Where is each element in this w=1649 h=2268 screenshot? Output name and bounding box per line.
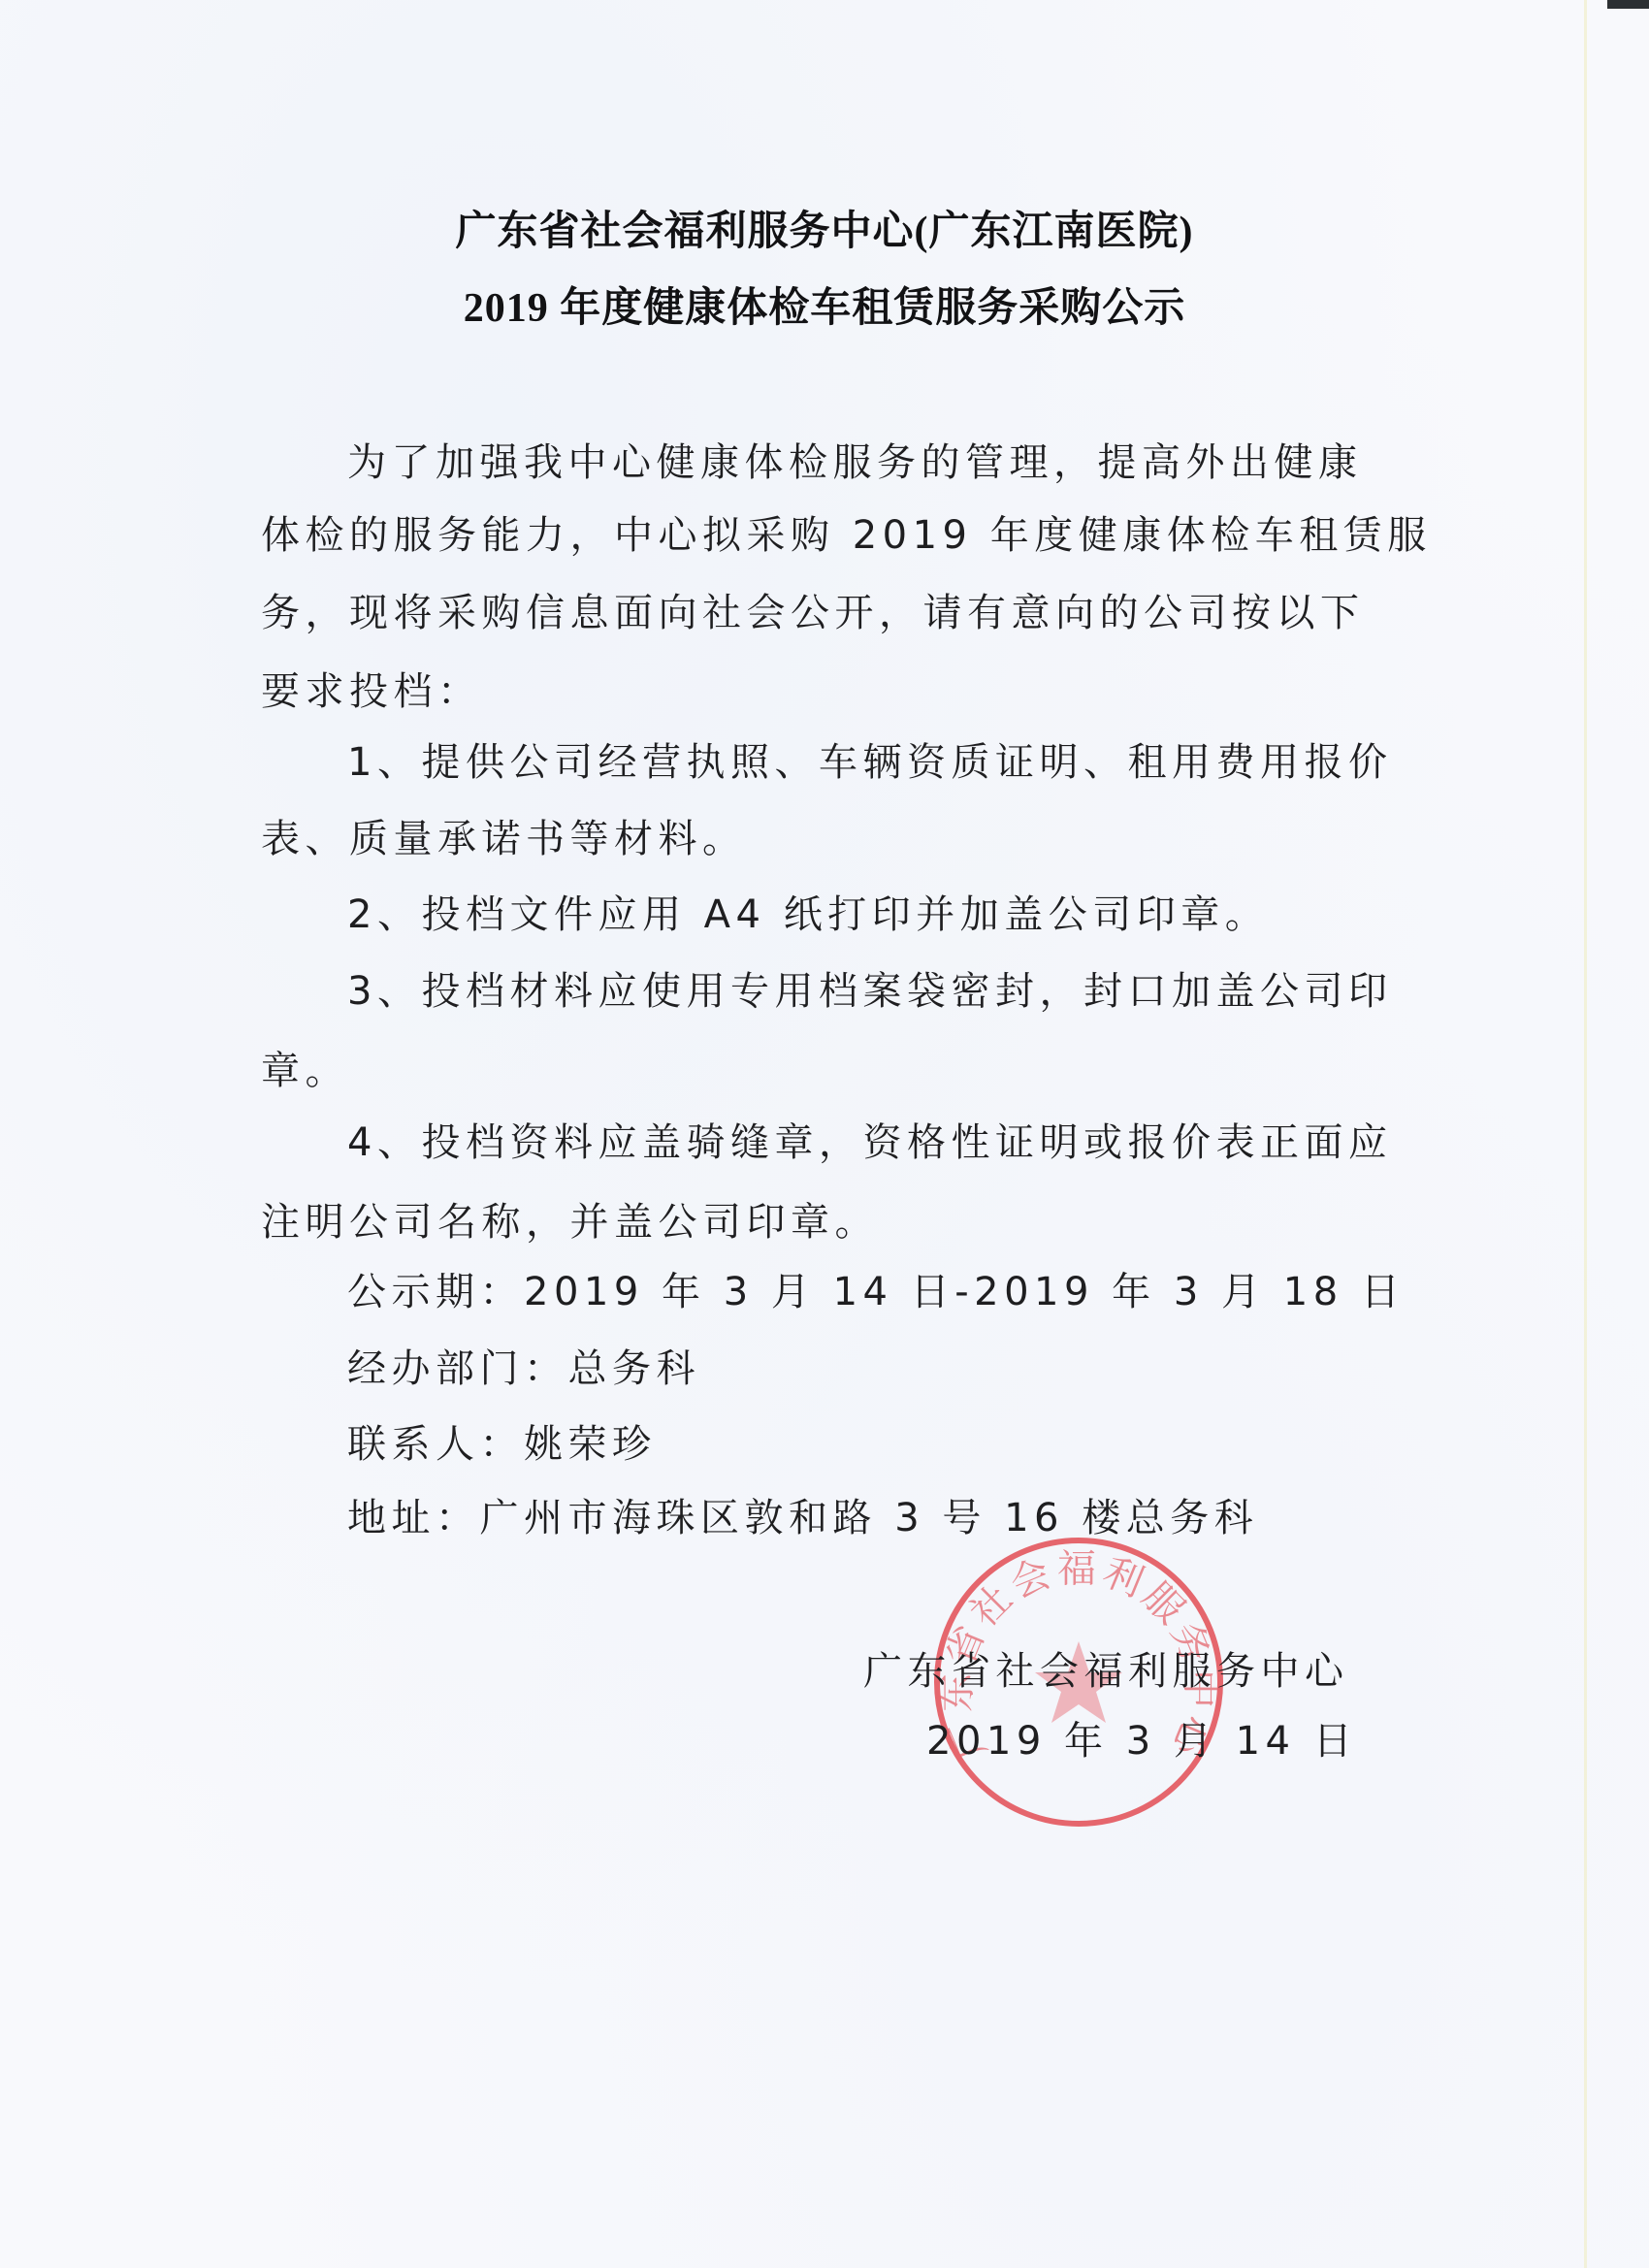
document-subtitle: 2019 年度健康体检车租赁服务采购公示 (0, 284, 1649, 333)
contact-person: 联系人：姚荣珍 (347, 1420, 657, 1469)
intro-line: 体检的服务能力，中心拟采购 2019 年度健康体检车租赁服 (261, 511, 1432, 560)
signature-organization: 广东省社会福利服务中心 (863, 1647, 1349, 1696)
scan-fold-line (1584, 0, 1587, 2268)
intro-line: 为了加强我中心健康体检服务的管理，提高外出健康 (347, 438, 1363, 487)
requirement-item-3-cont: 章。 (261, 1047, 349, 1095)
address: 地址：广州市海珠区敦和路 3 号 16 楼总务科 (347, 1494, 1258, 1542)
requirement-item-4-cont: 注明公司名称，并盖公司印章。 (261, 1198, 879, 1247)
scan-edge-bar (1607, 0, 1649, 9)
intro-line: 要求投档： (261, 667, 482, 716)
intro-line: 务，现将采购信息面向社会公开，请有意向的公司按以下 (261, 589, 1365, 637)
publicity-period: 公示期：2019 年 3 月 14 日-2019 年 3 月 18 日 (347, 1268, 1405, 1316)
requirement-item-4: 4、投档资料应盖骑缝章，资格性证明或报价表正面应 (347, 1118, 1392, 1167)
requirement-item-3: 3、投档材料应使用专用档案袋密封，封口加盖公司印 (347, 967, 1392, 1016)
signature-date: 2019 年 3 月 14 日 (926, 1717, 1357, 1766)
requirement-item-1: 1、提供公司经营执照、车辆资质证明、租用费用报价 (347, 738, 1392, 787)
requirement-item-2: 2、投档文件应用 A4 纸打印并加盖公司印章。 (347, 891, 1269, 939)
document-title: 广东省社会福利服务中心(广东江南医院) (0, 208, 1649, 256)
requirement-item-1-cont: 表、质量承诺书等材料。 (261, 815, 747, 863)
handling-department: 经办部门：总务科 (347, 1345, 700, 1393)
